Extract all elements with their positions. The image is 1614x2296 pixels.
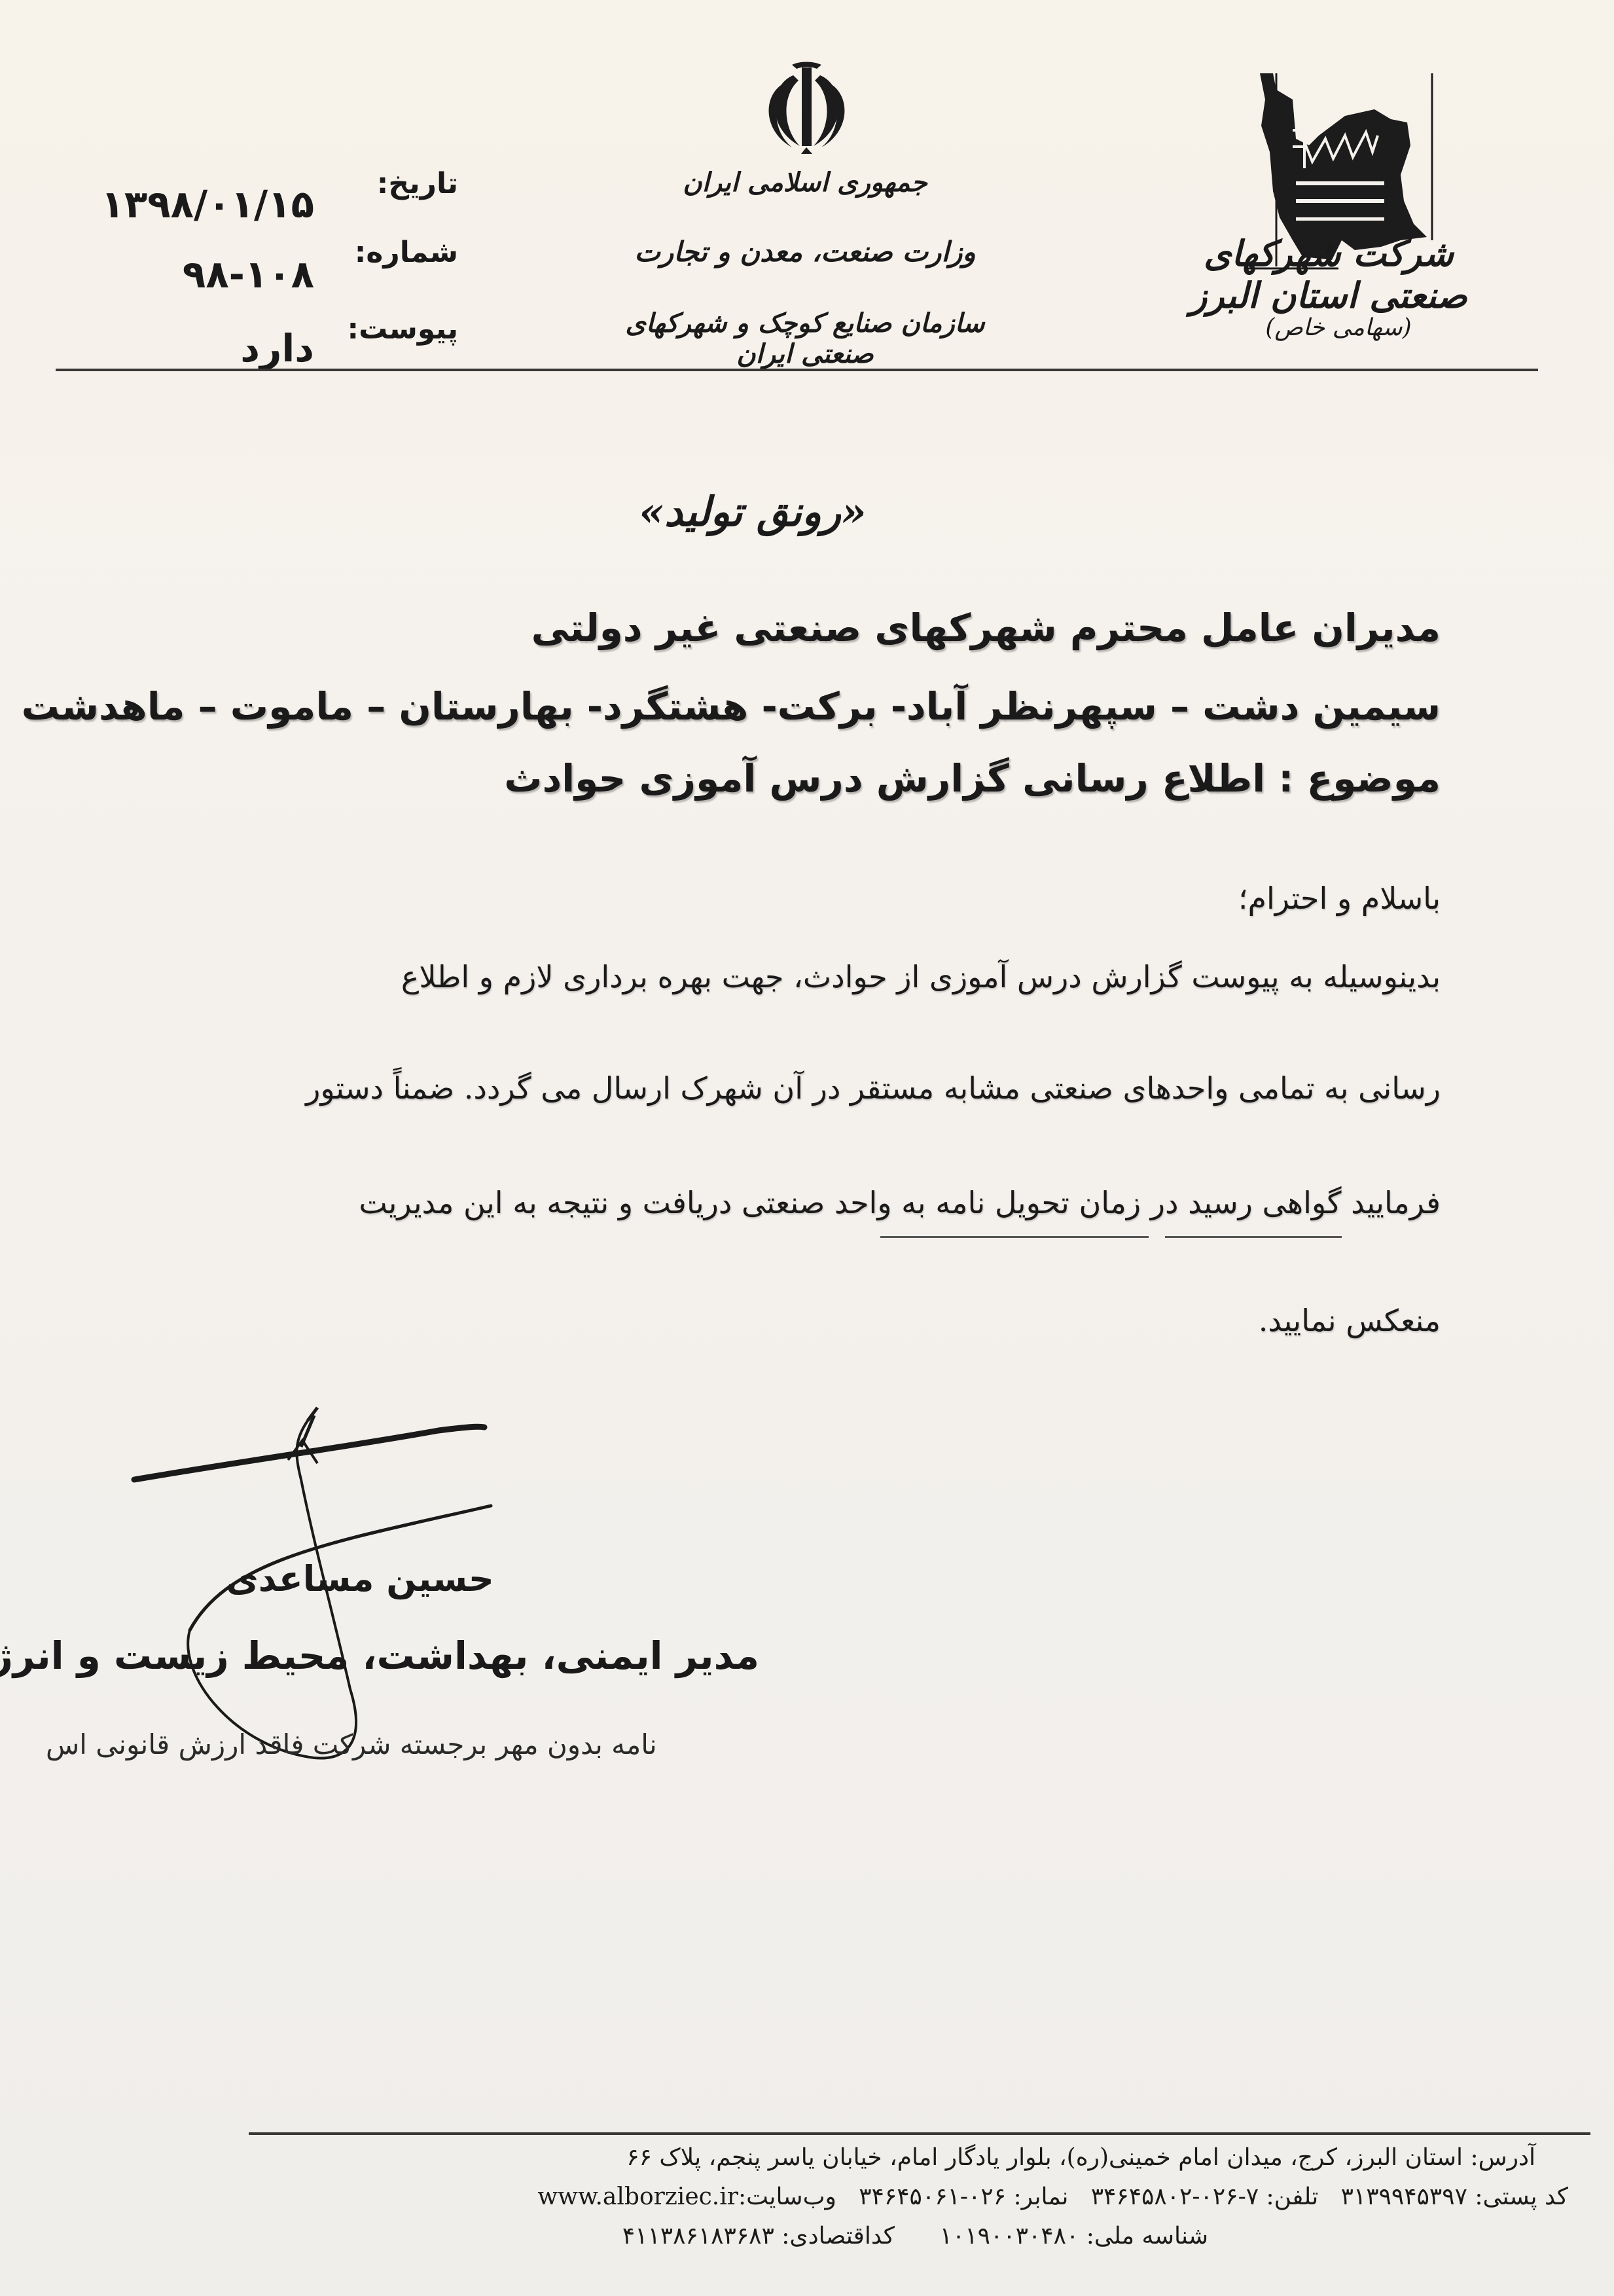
national-id: ۱۰۱۹۰۰۳۰۴۸۰ <box>940 2223 1079 2250</box>
attachment-value: دارد <box>39 326 314 371</box>
iran-emblem-icon <box>753 56 861 154</box>
national-id-label: شناسه ملی: <box>1086 2223 1208 2250</box>
signer-name: حسین مساعدی <box>131 1558 589 1599</box>
body-paragraph-line: فرمایید گواهی رسید در زمان تحویل نامه به… <box>359 1185 1441 1220</box>
underline-delivery-time <box>880 1236 1149 1238</box>
company-name: شرکت شهرکهای صنعتی استان البرز <box>1165 232 1492 316</box>
footer-ids: شناسه ملی: ۱۰۱۹۰۰۳۰۴۸۰ کداقتصادی: ۴۱۱۳۸۶… <box>622 2223 1208 2250</box>
footer-contact: کد پستی: ۳۱۳۹۹۴۵۳۹۷ تلفن: ۷-۰۲۶-۳۴۶۴۵۸۰۲… <box>537 2183 1568 2210</box>
economic-code: ۴۱۱۳۸۶۱۸۳۶۸۳ <box>622 2223 774 2250</box>
signer-title: مدیر ایمنی، بهداشت، محیط زیست و انرژی <box>39 1633 759 1678</box>
website-label: وب‌سایت: <box>738 2183 836 2210</box>
date-label: تاریخ: <box>327 167 458 200</box>
greeting: باسلام و احترام؛ <box>1238 881 1441 916</box>
footer-divider <box>249 2132 1590 2135</box>
body-paragraph-line: بدینوسیله به پیوست گزارش درس آموزی از حو… <box>401 959 1441 994</box>
economic-code-label: کداقتصادی: <box>781 2223 895 2250</box>
date-value: ۱۳۹۸/۰۱/۱۵ <box>39 182 314 227</box>
fax-label: نمابر: <box>1014 2183 1069 2210</box>
motto: «رونق تولید» <box>589 488 916 536</box>
letter-number-value: ۹۸-۱۰۸ <box>39 252 314 297</box>
stamp-disclaimer: نامه بدون مهر برجسته شرکت فاقد ارزش قانو… <box>46 1728 657 1760</box>
footer-address: آدرس: استان البرز، کرج، میدان امام خمینی… <box>626 2144 1535 2171</box>
attachment-label: پیوست: <box>327 312 458 346</box>
letter-number-label: شماره: <box>327 236 458 269</box>
postal-code: ۳۱۳۹۹۴۵۳۹۷ <box>1341 2183 1467 2210</box>
subject-line: موضوع : اطلاع رسانی گزارش درس آموزی حواد… <box>504 756 1441 801</box>
postal-code-label: کد پستی: <box>1475 2183 1568 2210</box>
recipients-list: سیمین دشت – سپهرنظر آباد- برکت- هشتگرد- … <box>22 684 1441 729</box>
government-line-organization: سازمان صنایع کوچک و شهرکهای صنعتی ایران <box>589 308 1021 369</box>
website-link[interactable]: www.alborziec.ir <box>537 2183 738 2210</box>
header-divider <box>56 369 1538 371</box>
underline-receipt <box>1165 1236 1342 1238</box>
phone: ۷-۰۲۶-۳۴۶۴۵۸۰۲ <box>1091 2183 1259 2210</box>
company-type: (سهامی خاص) <box>1230 314 1446 341</box>
phone-label: تلفن: <box>1266 2183 1319 2210</box>
government-line-ministry: وزارت صنعت، معدن و تجارت <box>589 236 1021 268</box>
body-paragraph-line: منعکس نمایید. <box>1259 1303 1441 1338</box>
government-line-republic: جمهوری اسلامی ایران <box>589 167 1021 198</box>
addressee-title: مدیران عامل محترم شهرکهای صنعتی غیر دولت… <box>531 606 1441 650</box>
fax: ۰۲۶-۳۴۶۴۵۰۶۱ <box>859 2183 1006 2210</box>
body-paragraph-line: رسانی به تمامی واحدهای صنعتی مشابه مستقر… <box>306 1070 1441 1106</box>
